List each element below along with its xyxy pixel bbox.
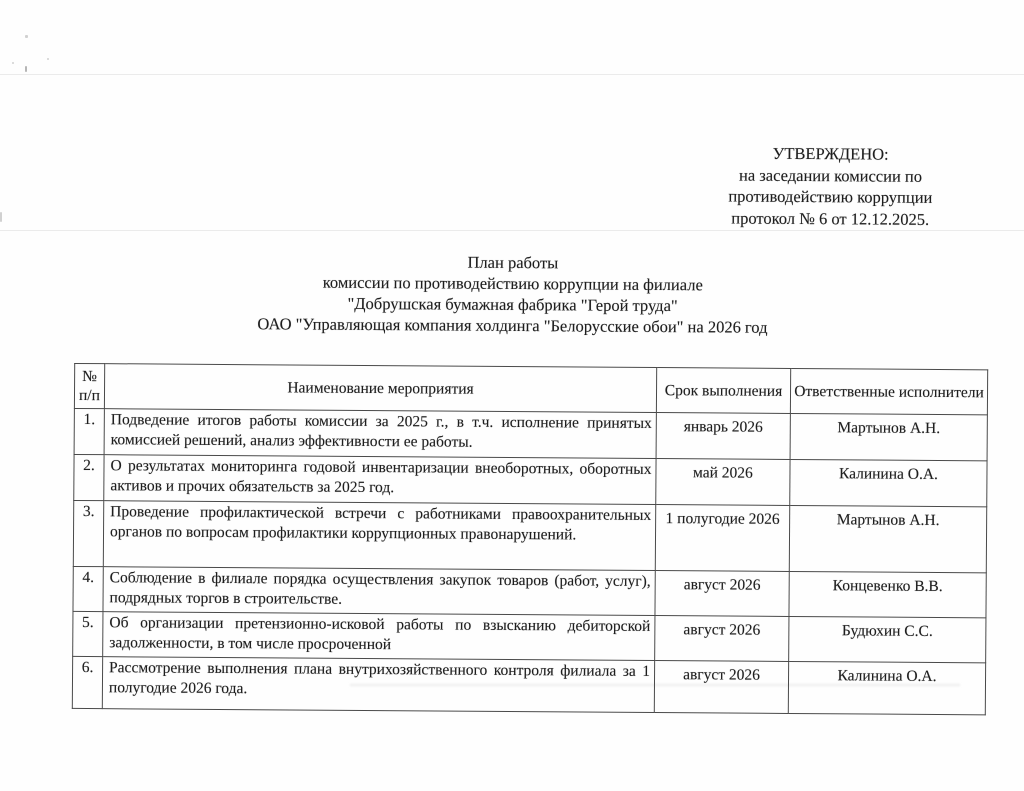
document-sheet: УТВЕРЖДЕНО: на заседании комиссии по про… [0,0,1024,791]
row-number: 3. [73,500,103,566]
activity-cell: О результатах мониторинга годовой инвент… [104,455,656,505]
deadline-cell: август 2026 [655,571,789,617]
responsible-cell: Мартынов А.Н. [790,413,987,460]
responsible-cell: Мартынов А.Н. [789,505,986,572]
row-number: 2. [74,454,104,500]
table-row: 4. Соблюдение в филиале порядка осуществ… [73,566,986,617]
approval-block: УТВЕРЖДЕНО: на заседании комиссии по про… [717,142,944,230]
work-plan-table: № п/п Наименование мероприятия Срок выпо… [72,363,988,715]
header-deadline: Срок выполнения [656,368,790,414]
activity-cell: Соблюдение в филиале порядка осуществлен… [103,567,655,616]
responsible-cell: Концевенко В.В. [789,571,986,617]
activity-cell: Об организации претензионно-исковой рабо… [103,612,655,661]
responsible-cell: Калинина О.А. [790,459,987,506]
deadline-cell: август 2026 [655,616,789,662]
responsible-cell: Калинина О.А. [788,661,985,714]
deadline-cell: 1 полугодие 2026 [655,505,789,572]
table-header-row: № п/п Наименование мероприятия Срок выпо… [74,363,987,414]
table-row: 3. Проведение профилактической встречи с… [73,500,986,572]
approval-line: протокол № 6 от 12.12.2025. [717,207,943,230]
row-number: 4. [73,566,103,611]
row-number: 5. [73,611,103,656]
table-row: 5. Об организации претензионно-исковой р… [73,611,986,662]
document-title: План работы комиссии по противодействию … [0,248,1024,339]
row-number: 1. [74,408,104,454]
activity-cell: Рассмотрение выполнения плана внутрихозя… [102,657,654,713]
approval-line: УТВЕРЖДЕНО: [718,142,944,165]
responsible-cell: Будюхин С.С. [789,616,986,662]
table-row: 2. О результатах мониторинга годовой инв… [74,454,987,506]
approval-line: противодействию коррупции [717,185,943,208]
deadline-cell: январь 2026 [656,413,790,460]
deadline-cell: май 2026 [656,459,790,506]
header-row-number: № п/п [74,363,104,408]
approval-line: на заседании комиссии по [717,164,943,187]
activity-cell: Подведение итогов работы комиссии за 202… [104,409,656,459]
row-number: 6. [72,656,102,708]
table-row: 6. Рассмотрение выполнения плана внутрих… [72,656,985,714]
header-activity: Наименование мероприятия [104,364,656,413]
deadline-cell: август 2026 [654,661,788,714]
header-responsible: Ответственные исполнители [790,368,987,414]
table-row: 1. Подведение итогов работы комиссии за … [74,408,987,460]
activity-cell: Проведение профилактической встречи с ра… [103,501,655,571]
scanned-document-page: УТВЕРЖДЕНО: на заседании комиссии по про… [0,0,1024,791]
